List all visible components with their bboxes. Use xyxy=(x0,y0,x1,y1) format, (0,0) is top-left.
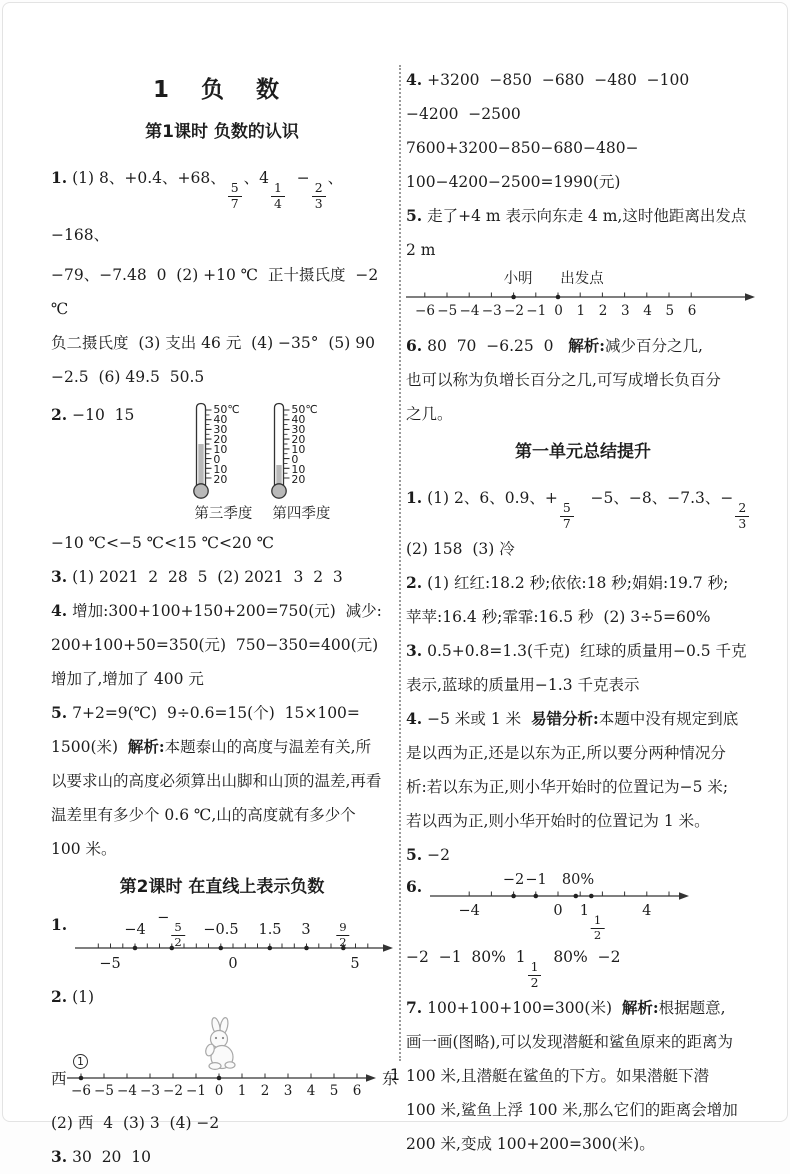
tick-label: −3 xyxy=(139,1083,161,1099)
lesson1-answers: 1. (1) 8、+0.4、+68、57、414 −23、−168、−79、−7… xyxy=(51,155,393,394)
right-column: 4. +3200 −850 −680 −480 −100−4200 −2500 … xyxy=(406,63,760,1161)
question2-row: 2. −10 15 50℃4030201001020 第三季度 xyxy=(51,398,393,524)
point-label: 3 xyxy=(301,922,310,938)
number-line-unit-q6: −2 −1 80% −4 0 112 4 xyxy=(430,872,694,934)
axis-label: 0 xyxy=(228,956,237,972)
scale-label: 20 xyxy=(213,475,239,485)
point-label: 1.5 xyxy=(258,922,281,938)
point-label: −4 xyxy=(124,922,145,938)
left-column: 1 负 数 第1课时 负数的认识 1. (1) 8、+0.4、+68、57、41… xyxy=(51,63,393,1174)
answer-line: (2) 158 (3) 冷 xyxy=(406,532,760,566)
thermometer-caption: 第四季度 xyxy=(264,504,338,524)
unit-q6-row: 6. −2 −1 80% −4 0 112 4 xyxy=(406,872,760,934)
page-number: 1 xyxy=(3,1065,787,1084)
tick-label: −3 xyxy=(481,303,503,319)
answer-line: 5. −2 xyxy=(406,838,760,872)
lesson1-answers-2: 3. (1) 2021 2 28 5 (2) 2021 3 2 34. 增加:3… xyxy=(51,560,393,866)
thermometer-scale: 50℃4030201001020 xyxy=(291,405,317,484)
axis-label: 5 xyxy=(350,956,359,972)
answer-line: 6. 80 70 −6.25 0 解析:减少百分之几, xyxy=(406,329,760,363)
rabbit-illustration xyxy=(197,1016,241,1070)
answer-line: 苹苹:16.4 秒;霏霏:16.5 秒 (2) 3÷5=60% xyxy=(406,600,760,634)
answer-line: 负二摄氏度 (3) 支出 46 元 (4) −35° (5) 90 xyxy=(51,326,393,360)
xiaoming-label: 小明 xyxy=(504,271,533,287)
question1-label: 1. xyxy=(51,910,75,980)
tick-label: −5 xyxy=(436,303,458,319)
axis xyxy=(406,291,758,303)
q6-answers: 6. 80 70 −6.25 0 解析:减少百分之几,也可以称为负增长百分之几,… xyxy=(406,329,760,431)
tick-label: 6 xyxy=(681,303,703,319)
column-divider xyxy=(399,65,401,1061)
answer-line: 增加了,增加了 400 元 xyxy=(51,662,393,696)
tick-label: −4 xyxy=(116,1083,138,1099)
axis-label: −4 xyxy=(459,903,480,919)
question2-answer: 2. −10 15 xyxy=(51,398,134,432)
answer-line: 以要求山的高度必须算出山脚和山顶的温差,再看 xyxy=(51,764,393,798)
axis xyxy=(430,890,694,902)
answer-line: 是以西为正,还是以东为正,所以要分两种情况分 xyxy=(406,736,760,770)
unit-review-title: 第一单元总结提升 xyxy=(406,439,760,465)
tick-label: −1 xyxy=(185,1083,207,1099)
tick-label: 1 xyxy=(231,1083,253,1099)
question6-label: 6. xyxy=(406,872,430,934)
tick-label: 2 xyxy=(592,303,614,319)
thermometer-caption: 第三季度 xyxy=(186,504,260,524)
answer-line: 4. 增加:300+100+150+200=750(元) 减少: xyxy=(51,594,393,628)
lesson1-title: 第1课时 负数的认识 xyxy=(51,119,393,145)
answer-line: 4. −5 米或 1 米 易错分析:本题中没有规定到底 xyxy=(406,702,760,736)
unit-review-answers: 1. (1) 2、6、0.9、+57 −5、−8、−7.3、−23(2) 158… xyxy=(406,475,760,872)
lesson2-q1-row: 1. −4 −52 −0.5 1.5 3 92 −5 0 xyxy=(51,910,393,980)
tick-label: −2 xyxy=(503,303,525,319)
tick-label: −6 xyxy=(414,303,436,319)
tick-label: −2 xyxy=(162,1083,184,1099)
number-line-q2: 1 西 东 −6−5−4−3−2−10123456 xyxy=(51,1016,399,1102)
answer-line: 1. (1) 8、+0.4、+68、57、414 −23、−168、 xyxy=(51,155,393,258)
answer-line: 画一画(图略),可以发现潜艇和鲨鱼原来的距离为 xyxy=(406,1025,760,1059)
answer-line: 温差里有多少个 0.6 ℃,山的高度就有多少个 xyxy=(51,798,393,832)
answer-line: 2. (1) 红红:18.2 秒;依依:18 秒;娟娟:19.7 秒; xyxy=(406,566,760,600)
answer-line: (2) 西 4 (3) 3 (4) −2 xyxy=(51,1106,393,1140)
point-label: −0.5 xyxy=(203,922,238,938)
tick-label: 5 xyxy=(659,303,681,319)
thermometer-quarter3: 50℃4030201001020 第三季度 xyxy=(186,400,260,524)
tick-label: 5 xyxy=(323,1083,345,1099)
tick-label: −4 xyxy=(459,303,481,319)
tick-label: −1 xyxy=(525,303,547,319)
point-label: 80% xyxy=(562,872,594,888)
answer-line: 表示,蓝球的质量用−1.3 千克表示 xyxy=(406,668,760,702)
tick-label: 1 xyxy=(570,303,592,319)
tick-label: 4 xyxy=(637,303,659,319)
answer-line: 析:若以东为正,则小华开始时的位置记为−5 米; xyxy=(406,770,760,804)
answer-line: −79、−7.48 0 (2) +10 ℃ 正十摄氏度 −2 ℃ xyxy=(51,258,393,326)
axis-label: −5 xyxy=(99,956,120,972)
temperature-comparison: −10 ℃<−5 ℃<15 ℃<20 ℃ xyxy=(51,526,393,560)
answer-line: 100−4200−2500=1990(元) xyxy=(406,165,760,199)
answer-line: 也可以称为负增长百分之几,可写成增长负百分 xyxy=(406,363,760,397)
answer-line: 4. +3200 −850 −680 −480 −100 xyxy=(406,63,760,97)
lesson2-answers-cont: 4. +3200 −850 −680 −480 −100−4200 −2500 … xyxy=(406,63,760,267)
answer-line: 2 m xyxy=(406,233,760,267)
axis xyxy=(75,942,393,954)
tick-label: −6 xyxy=(70,1083,92,1099)
answer-line: 5. 走了+4 m 表示向东走 4 m,这时他距离出发点 xyxy=(406,199,760,233)
point-label: −2 xyxy=(503,872,524,888)
number-line-q5: 小明 出发点 −6−5−4−3−2−10123456 xyxy=(406,271,758,323)
scale-label: 20 xyxy=(291,475,317,485)
answer-line: 之几。 xyxy=(406,397,760,431)
answer-line: 1500(米) 解析:本题泰山的高度与温差有关,所 xyxy=(51,730,393,764)
answer-line: 7. 100+100+100=300(米) 解析:根据题意, xyxy=(406,991,760,1025)
tick-label: 6 xyxy=(346,1083,368,1099)
answer-line: −2.5 (6) 49.5 50.5 xyxy=(51,360,393,394)
answer-line: 5. 7+2=9(℃) 9÷0.6=15(个) 15×100= xyxy=(51,696,393,730)
mercury-level-15c xyxy=(199,444,204,488)
answer-line: 3. 0.5+0.8=1.3(千克) 红球的质量用−0.5 千克 xyxy=(406,634,760,668)
number-line-q1: −4 −52 −0.5 1.5 3 92 −5 0 5 xyxy=(75,910,393,980)
axis-label: 4 xyxy=(642,903,651,919)
answer-line: 100 米,鲨鱼上浮 100 米,那么它们的距离会增加 xyxy=(406,1093,760,1127)
tick-label: 2 xyxy=(254,1083,276,1099)
q6-answer-row: −2 −1 80% 112 80% −2 xyxy=(406,934,760,991)
tick-labels: −6−5−4−3−2−10123456 xyxy=(414,303,703,319)
thermometer-quarter4: 50℃4030201001020 第四季度 xyxy=(264,400,338,524)
answer-line: 200 米,变成 100+200=300(米)。 xyxy=(406,1127,760,1161)
answer-line: 200+100+50=350(元) 750−350=400(元) xyxy=(51,628,393,662)
workbook-page: 1 负 数 第1课时 负数的认识 1. (1) 8、+0.4、+68、57、41… xyxy=(2,2,788,1122)
lesson2-answers: (2) 西 4 (3) 3 (4) −23. 30 20 10 xyxy=(51,1106,393,1174)
answer-line: 3. (1) 2021 2 28 5 (2) 2021 3 2 3 xyxy=(51,560,393,594)
answer-line: 3. 30 20 10 xyxy=(51,1140,393,1174)
answer-line: 若以西为正,则小华开始时的位置记为 1 米。 xyxy=(406,804,760,838)
axis-label: 112 xyxy=(580,903,607,943)
thermometer-figures: 50℃4030201001020 第三季度 50℃40302010010 xyxy=(186,400,338,524)
answer-line: −4200 −2500 7600+3200−850−680−480− xyxy=(406,97,760,165)
answer-line: 1. (1) 2、6、0.9、+57 −5、−8、−7.3、−23 xyxy=(406,475,760,532)
question2-label: 2. (1) xyxy=(51,980,393,1014)
tick-label: 0 xyxy=(208,1083,230,1099)
tick-label: 0 xyxy=(548,303,570,319)
chapter-title: 1 负 数 xyxy=(51,75,393,105)
lesson2-title: 第2课时 在直线上表示负数 xyxy=(51,874,393,900)
tick-label: 3 xyxy=(614,303,636,319)
tick-label: 3 xyxy=(277,1083,299,1099)
tick-label: −5 xyxy=(93,1083,115,1099)
tick-labels: −6−5−4−3−2−10123456 xyxy=(70,1083,368,1099)
tick-label: 4 xyxy=(300,1083,322,1099)
point-label: −1 xyxy=(525,872,546,888)
answer-line: 100 米。 xyxy=(51,832,393,866)
thermometer-scale: 50℃4030201001020 xyxy=(213,405,239,484)
start-point-label: 出发点 xyxy=(560,271,604,287)
axis-label: 0 xyxy=(553,903,562,919)
